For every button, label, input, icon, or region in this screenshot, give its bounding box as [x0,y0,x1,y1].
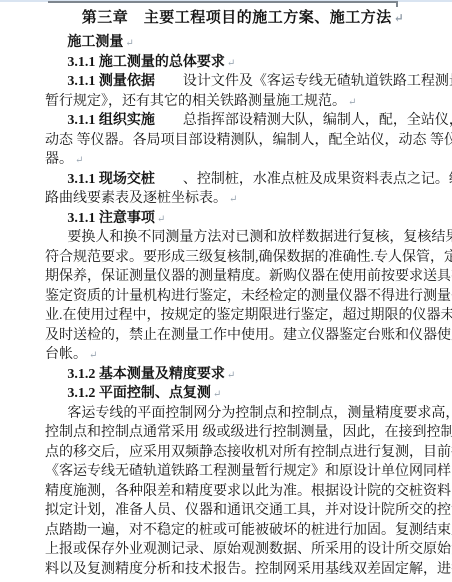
text-line: 3.1.1 注意事项↵ [45,209,441,229]
body-text: 料以及复测精度分析和技术报告。控制网采用基线双差固定解，进行 [45,562,452,577]
text-line: 料以及复测精度分析和技术报告。控制网采用基线双差固定解，进行 [45,560,441,580]
document-body: 施工测量↵3.1.1 施工测量的总体要求↵3.1.1 测量依据 设计文件及《客运… [45,33,441,579]
heading-text: 3.1.2 平面控制、点复测 [67,386,211,401]
table-border-line [48,1,398,3]
text-line: 控制点和控制点通常采用 级或级进行控制测量，因此，在接到控制 [45,423,441,443]
text-line: 客运专线的平面控制网分为控制点和控制点，测量精度要求高， [45,404,441,424]
body-text: 暂行规定》，还有其它的相关铁路测量施工规范。 [45,94,346,109]
text-line: 3.1.1 测量依据 设计文件及《客运专线无碴轨道铁路工程测量 [45,72,441,92]
body-text: 设计文件及《客运专线无碴轨道铁路工程测量 [155,74,452,89]
body-text: 总指挥部设精测大队，编制人，配，全站仪， [155,113,452,128]
text-line: 施工测量↵ [45,33,441,53]
body-text: 点踏勘一遍，对不稳定的桩或可能被破坏的桩进行加固。复测结束后， [45,523,452,538]
text-line: 3.1.2 平面控制、点复测↵ [45,384,441,404]
text-line: 及时送检的，禁止在测量工作中使用。建立仪器鉴定台账和仪器使用 [45,326,441,346]
paragraph-mark-icon: ↵ [348,93,356,113]
text-line: 鉴定资质的计量机构进行鉴定，未经检定的测量仪器不得进行测量作 [45,287,441,307]
paragraph-mark-icon: ↵ [227,366,235,386]
body-text: 要换人和换不同测量方法对已测和放样数据进行复核，复核结果 [67,230,452,245]
text-line: 拟定计划，准备人员、仪器和通讯交通工具，并对设计院所交的控制 [45,501,441,521]
text-line: 路曲线要素表及逐桩坐标表。↵ [45,189,441,209]
body-text: 期保养，保证测量仪器的测量精度。新购仪器在使用前按要求送具有 [45,269,452,284]
body-text: 台帐。 [45,347,87,362]
text-line: 业.在使用过程中，按规定的鉴定期限进行鉴定，超过期限的仪器未 [45,306,441,326]
text-line: 器。↵ [45,150,441,170]
heading-text: 3.1.1 注意事项 [67,211,155,226]
paragraph-mark-icon: ↵ [125,34,133,54]
body-text: 《客运专线无碴轨道铁路工程测量暂行规定》和原设计单位网同样的 [45,464,452,479]
text-line: 3.1.1 组织实施 总指挥部设精测大队，编制人，配，全站仪， [45,111,441,131]
chapter-title-text: 第三章 主要工程项目的施工方案、施工方法 [82,10,392,26]
text-line: 《客运专线无碴轨道铁路工程测量暂行规定》和原设计单位网同样的 [45,462,441,482]
heading-text: 施工测量 [67,35,123,50]
paragraph-mark-icon: ↵ [394,11,405,26]
body-text: 及时送检的，禁止在测量工作中使用。建立仪器鉴定台账和仪器使用 [45,328,452,343]
text-line: 上报或保存外业观测记录、原始观测数据、所采用的设计所交原始资 [45,540,441,560]
text-line: 3.1.1 现场交桩 、控制桩，水准点桩及成果资料表点之记。线 [45,170,441,190]
text-line: 动态 等仪器。各局项目部设精测队，编制人，配全站仪，动态 等仪 [45,131,441,151]
chapter-title: 第三章 主要工程项目的施工方案、施工方法↵ [45,6,441,27]
paragraph-mark-icon: ↵ [229,190,237,210]
text-line: 期保养，保证测量仪器的测量精度。新购仪器在使用前按要求送具有 [45,267,441,287]
text-line: 3.1.1 施工测量的总体要求↵ [45,53,441,73]
body-text: 、控制桩，水准点桩及成果资料表点之记。线 [155,172,452,187]
body-text: 客运专线的平面控制网分为控制点和控制点，测量精度要求高， [67,406,452,421]
paragraph-mark-icon: ↵ [75,151,83,171]
body-text: 业.在使用过程中，按规定的鉴定期限进行鉴定，超过期限的仪器未 [45,308,452,323]
body-text: 控制点和控制点通常采用 级或级进行控制测量，因此，在接到控制 [45,425,452,440]
body-text: 精度施测，各种限差和精度要求以此为准。根据设计院的交桩资料， [45,484,452,499]
paragraph-mark-icon: ↵ [157,210,165,230]
text-line: 精度施测，各种限差和精度要求以此为准。根据设计院的交桩资料， [45,482,441,502]
heading-text: 3.1.2 基本测量及精度要求 [67,367,225,382]
body-text: 符合规范要求。要形成三级复核制,确保数据的准确性.专人保管，定 [45,250,452,265]
paragraph-mark-icon: ↵ [227,54,235,74]
text-line: 3.1.2 基本测量及精度要求↵ [45,365,441,385]
body-text: 动态 等仪器。各局项目部设精测队，编制人，配全站仪，动态 等仪 [45,133,452,148]
heading-text: 3.1.1 组织实施 [67,113,155,128]
text-line: 要换人和换不同测量方法对已测和放样数据进行复核，复核结果 [45,228,441,248]
body-text: 鉴定资质的计量机构进行鉴定，未经检定的测量仪器不得进行测量作 [45,289,452,304]
body-text: 器。 [45,152,73,167]
text-line: 符合规范要求。要形成三级复核制,确保数据的准确性.专人保管，定 [45,248,441,268]
body-text: 路曲线要素表及逐桩坐标表。 [45,191,227,206]
paragraph-mark-icon: ↵ [89,346,97,366]
body-text: 点的移交后，应采用双频静态接收机对所有控制点进行复测，目前按 [45,445,452,460]
body-text: 拟定计划，准备人员、仪器和通讯交通工具，并对设计院所交的控制 [45,503,452,518]
text-line: 点的移交后，应采用双频静态接收机对所有控制点进行复测，目前按 [45,443,441,463]
text-line: 点踏勘一遍，对不稳定的桩或可能被破坏的桩进行加固。复测结束后， [45,521,441,541]
heading-text: 3.1.1 测量依据 [67,74,155,89]
heading-text: 3.1.1 施工测量的总体要求 [67,55,225,70]
heading-text: 3.1.1 现场交桩 [67,172,155,187]
text-line: 暂行规定》，还有其它的相关铁路测量施工规范。↵ [45,92,441,112]
paragraph-mark-icon: ↵ [213,385,221,405]
text-line: 台帐。↵ [45,345,441,365]
body-text: 上报或保存外业观测记录、原始观测数据、所采用的设计所交原始资 [45,542,452,557]
